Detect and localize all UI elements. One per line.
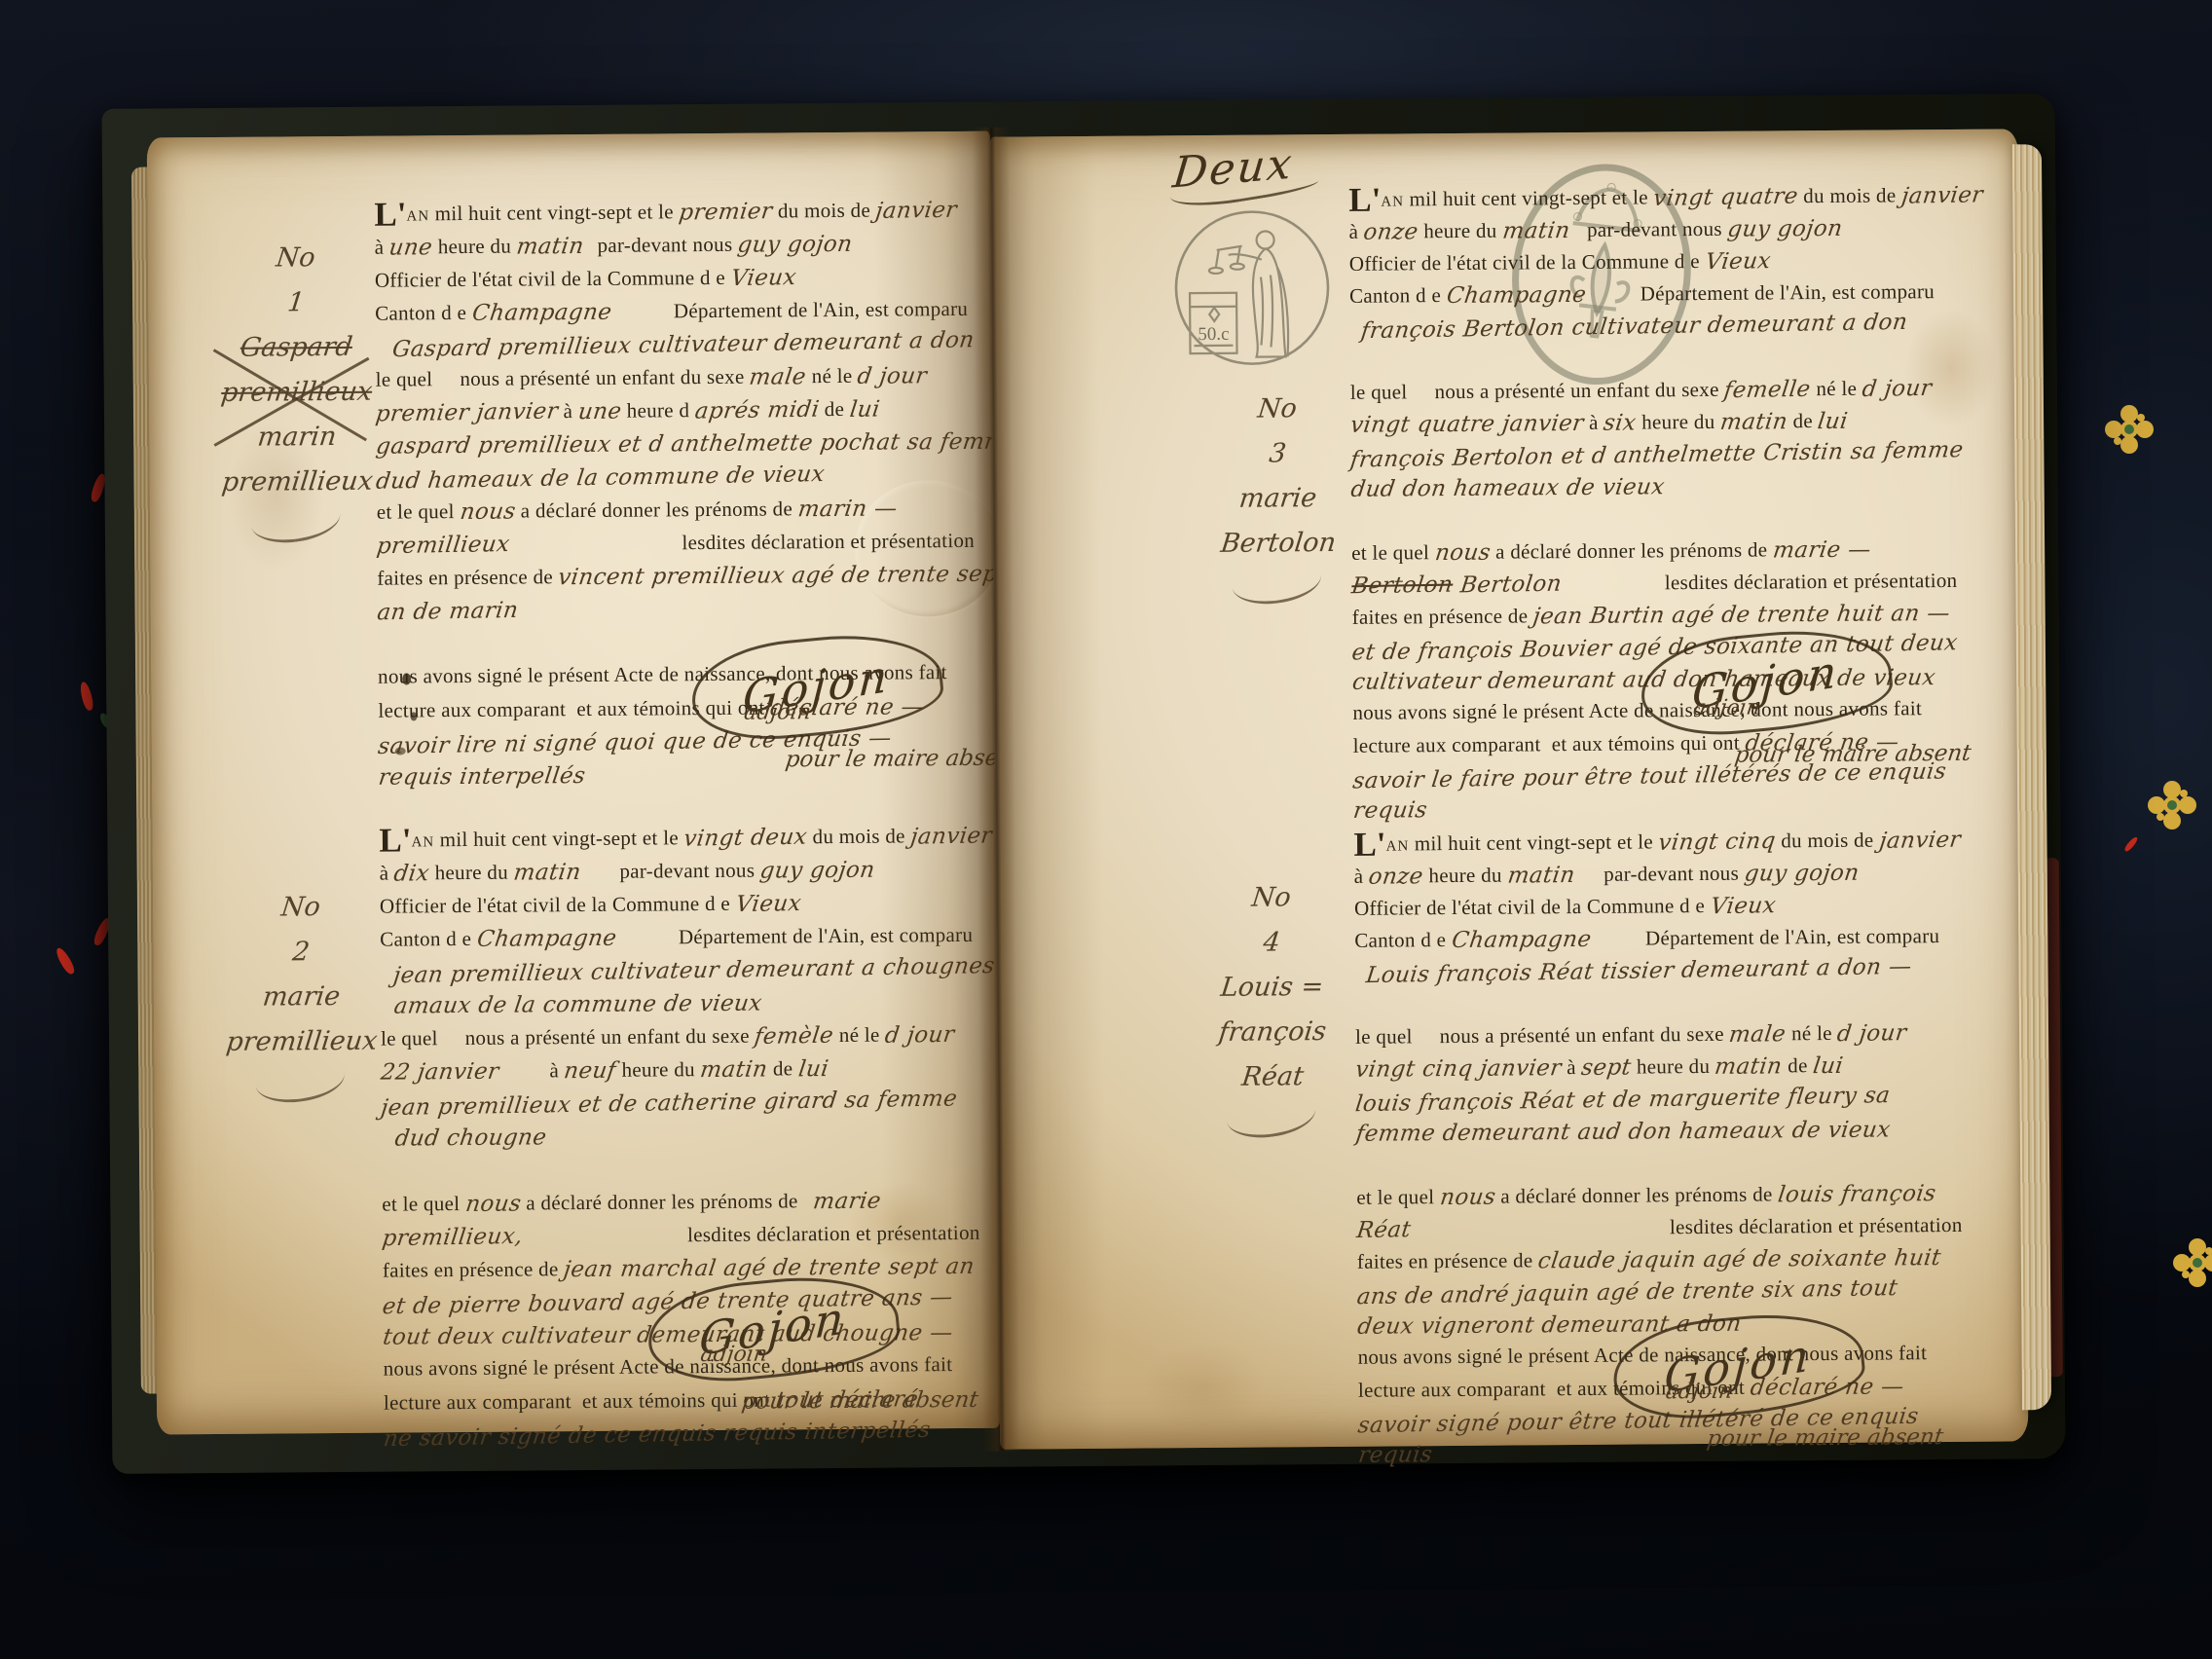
act-line: Officier de l'état civil de la Commune d… bbox=[375, 263, 973, 301]
printed-text: an bbox=[406, 202, 429, 225]
printed-text: heure d bbox=[621, 398, 695, 423]
handwritten-text: premillieux, bbox=[381, 1224, 524, 1251]
embroidered-red-sprig-icon bbox=[54, 946, 77, 977]
act-line: et le quel nous a déclaré donner les pré… bbox=[1356, 1180, 1962, 1217]
printed-text: Canton d e bbox=[375, 301, 472, 325]
signature-oval: Gojon bbox=[644, 1268, 903, 1388]
folio-marker: Deux bbox=[1169, 137, 1322, 207]
act-line: et le quel nous a déclaré donner les pré… bbox=[377, 495, 975, 533]
act-line: et le quel nous a déclaré donner les pré… bbox=[382, 1187, 979, 1225]
handwritten-text: jean premillieux cultivateur demeurant a… bbox=[392, 953, 997, 988]
handwritten-text: ans de andré jaquin agé de trente six an… bbox=[1355, 1275, 1899, 1309]
act-line: an de marin bbox=[377, 594, 975, 632]
embroidered-flower-icon bbox=[2120, 421, 2138, 438]
photograph-of-register: No1Gaspardpremillieuxmarinpremillieux L'… bbox=[0, 0, 2212, 1659]
handwritten-text: dud don hameaux de vieux bbox=[1349, 474, 1666, 502]
handwritten-text: Vieux bbox=[1709, 893, 1777, 919]
handwritten-text: lui bbox=[1817, 409, 1850, 434]
signature-role: adjoin bbox=[1664, 1380, 1734, 1405]
act-line: nous avons signé le présent Acte de nais… bbox=[378, 660, 976, 698]
handwritten-text: louis françois bbox=[1776, 1181, 1936, 1207]
handwritten-text: male bbox=[1728, 1021, 1788, 1048]
right-page: Deux 50.c bbox=[990, 129, 2029, 1449]
act-line bbox=[1349, 343, 1955, 380]
printed-text: du mois de bbox=[807, 824, 910, 848]
handwritten-text: Vieux bbox=[734, 891, 802, 917]
printed-text: par-devant nous bbox=[1604, 862, 1745, 886]
printed-text: Département de l'Ain, est comparu bbox=[679, 923, 974, 948]
margin-note-line: No bbox=[208, 242, 381, 288]
act-line: dud don hameaux de vieux bbox=[1351, 471, 1957, 508]
margin-note-line: 1 bbox=[209, 287, 382, 333]
margin-note-line: Gaspard bbox=[209, 332, 382, 378]
act-text: L'an mil huit cent vingt-sept et le prem… bbox=[374, 197, 977, 797]
act-line: Canton d e ChampagneDépartement de l'Ain… bbox=[375, 296, 973, 334]
handwritten-text: jean marchal agé de trente sept an bbox=[562, 1254, 976, 1282]
printed-text: heure du bbox=[1419, 219, 1503, 243]
handwritten-text: Champagne bbox=[470, 300, 613, 326]
signature-oval: Gojon bbox=[1637, 621, 1896, 742]
printed-text: heure du bbox=[1423, 864, 1508, 888]
handwritten-text: nous bbox=[1438, 1185, 1496, 1210]
handwritten-text: sept bbox=[1580, 1055, 1633, 1081]
birth-act-1: No1Gaspardpremillieuxmarinpremillieux L'… bbox=[374, 197, 977, 797]
printed-text: né le bbox=[1786, 1021, 1837, 1045]
printed-text: Officier de l'état civil de la Commune d… bbox=[1354, 894, 1711, 920]
handwritten-text: vingt cinq janvier bbox=[1354, 1055, 1564, 1083]
printed-text: nous a présenté un enfant du sexe bbox=[1440, 1022, 1730, 1048]
registry-book: No1Gaspardpremillieuxmarinpremillieux L'… bbox=[102, 93, 2066, 1474]
act-line: jean premillieux cultivateur demeurant a… bbox=[380, 955, 977, 993]
act-line: amaux de la commune de vieux bbox=[381, 988, 978, 1026]
signature-block: Gojon adjoin pour le maire absent bbox=[1641, 632, 1992, 810]
printed-text: à bbox=[1562, 1055, 1582, 1079]
printed-text: à bbox=[558, 399, 578, 423]
act-line: premillieuxlesdites déclaration et prése… bbox=[377, 528, 975, 566]
signature-note: pour le maire absent bbox=[740, 1387, 979, 1415]
handwritten-text: lui bbox=[848, 396, 881, 423]
handwritten-text: Gaspard premillieux cultivateur demeuran… bbox=[391, 327, 977, 362]
act-line: savoir lire ni signé quoi que de ce enqu… bbox=[379, 726, 977, 764]
margin-note-line: No bbox=[1184, 882, 1356, 928]
signature-oval: Gojon bbox=[1609, 1306, 1868, 1426]
signature-note: pour le maire absent bbox=[1733, 741, 1972, 768]
embroidered-flower-icon bbox=[2189, 1254, 2206, 1272]
printed-text: L' bbox=[1353, 826, 1385, 864]
signature-role: adjoin bbox=[743, 700, 813, 725]
act-line: le quelnous a présenté un enfant du sexe… bbox=[376, 362, 974, 400]
printed-text: lesdites déclaration et présentation bbox=[1665, 569, 1958, 594]
paper-stain bbox=[1116, 1322, 1292, 1450]
handwritten-text: vingt quatre bbox=[1652, 184, 1800, 211]
birth-act-4: No4Louis =françoisRéat L'an mil huit cen… bbox=[1353, 827, 1964, 1474]
handwritten-text: marie — bbox=[1771, 537, 1872, 564]
printed-text: Département de l'Ain, est comparu bbox=[1645, 924, 1940, 949]
revenue-stamp-value: 50.c bbox=[1198, 324, 1229, 345]
margin-note-line: marin bbox=[210, 422, 383, 467]
printed-text: à bbox=[1583, 411, 1604, 434]
handwritten-text: une bbox=[576, 399, 623, 425]
printed-text: et le quel bbox=[1351, 540, 1435, 565]
printed-text: du mois de bbox=[1798, 183, 1901, 207]
act-line: premillieux,lesdites déclaration et prés… bbox=[383, 1220, 980, 1258]
margin-note-line: 4 bbox=[1185, 927, 1357, 973]
handwritten-text: nous bbox=[463, 1192, 522, 1217]
printed-text: le quel bbox=[1350, 380, 1408, 403]
handwritten-text: lui bbox=[796, 1056, 829, 1082]
handwritten-text: femelle bbox=[1723, 377, 1813, 403]
handwritten-text: six bbox=[1603, 411, 1639, 436]
act-line: dud hameaux de la commune de vieux bbox=[376, 461, 974, 499]
handwritten-text: d jour bbox=[1861, 376, 1934, 402]
act-line: le quelnous a présenté un enfant du sexe… bbox=[1350, 375, 1956, 412]
margin-note-line: premillieux bbox=[214, 1026, 387, 1072]
handwritten-text: marie bbox=[811, 1189, 882, 1215]
handwritten-text: Champagne bbox=[475, 926, 618, 952]
handwritten-text: dud chougne bbox=[393, 1124, 548, 1151]
handwritten-text: claude jaquin agé de soixante huit bbox=[1536, 1245, 1942, 1273]
margin-note-line: premillieux bbox=[209, 377, 382, 423]
revenue-stamp-icon: 50.c bbox=[1167, 199, 1336, 377]
handwritten-text: onze bbox=[1367, 864, 1424, 889]
margin-note-line: No bbox=[213, 892, 386, 938]
printed-text: heure du bbox=[616, 1057, 701, 1082]
handwritten-text: gaspard premillieux et d anthelmette poc… bbox=[375, 428, 1021, 459]
act-line: L'an mil huit cent vingt-sept et le ving… bbox=[1348, 182, 1954, 219]
handwritten-text: neuf bbox=[563, 1058, 618, 1084]
printed-text: et le quel bbox=[1356, 1185, 1440, 1209]
handwritten-text: aprés midi bbox=[693, 397, 821, 424]
handwritten-text: lui bbox=[1811, 1053, 1844, 1079]
handwritten-text: premier janvier bbox=[374, 398, 559, 426]
printed-text: L' bbox=[1348, 181, 1381, 219]
printed-text: Officier de l'état civil de la Commune d… bbox=[1349, 249, 1706, 276]
act-line: L'an mil huit cent vingt-sept et le prem… bbox=[374, 197, 972, 235]
printed-text: et le quel bbox=[377, 499, 461, 524]
printed-text: faites en présence de bbox=[377, 565, 558, 589]
handwritten-text: guy gojon bbox=[1743, 861, 1861, 887]
printed-text: par-devant nous bbox=[1587, 217, 1728, 241]
act-line: faites en présence de vincent premillieu… bbox=[377, 561, 975, 599]
act-line: louis françois Réat et de marguerite fle… bbox=[1355, 1084, 1961, 1121]
signature-oval: Gojon bbox=[687, 626, 946, 747]
printed-text: du mois de bbox=[1776, 829, 1879, 853]
printed-text: mil huit cent vingt-sept et le bbox=[1404, 185, 1653, 210]
handwritten-text: françois Bertolon cultivateur demeurant … bbox=[1359, 310, 1908, 344]
handwritten-text: dud hameaux de la commune de vieux bbox=[375, 461, 827, 495]
printed-text: Département de l'Ain, est comparu bbox=[674, 297, 969, 322]
margin-note-line: françois bbox=[1185, 1016, 1357, 1062]
printed-text: heure du bbox=[1631, 1054, 1715, 1079]
left-page: No1Gaspardpremillieuxmarinpremillieux L'… bbox=[147, 131, 1000, 1435]
margin-note-line: No bbox=[1190, 393, 1362, 439]
handwritten-text: vingt deux bbox=[682, 825, 809, 852]
handwritten-text: matin bbox=[1506, 863, 1576, 889]
act-line: et le quel nous a déclaré donner les pré… bbox=[1351, 535, 1957, 572]
handwritten-text: janvier bbox=[1899, 182, 1984, 208]
handwritten-text: guy gojon bbox=[1726, 216, 1844, 242]
margin-note-line: Louis = bbox=[1185, 972, 1357, 1017]
handwritten-text: vingt quatre janvier bbox=[1348, 411, 1585, 438]
handwritten-text: marin — bbox=[796, 496, 899, 522]
handwritten-text: male bbox=[748, 364, 808, 389]
printed-text: Canton d e bbox=[380, 927, 477, 951]
act-line: à dix heure du matinpar-devant nous guy … bbox=[380, 856, 977, 894]
printed-text: nous a présenté un enfant du sexe bbox=[465, 1024, 756, 1050]
printed-text: Département de l'Ain, est comparu bbox=[1641, 279, 1935, 305]
handwritten-text: matin bbox=[699, 1057, 769, 1084]
printed-text: de bbox=[1783, 1053, 1814, 1077]
handwritten-text: premillieux bbox=[375, 532, 511, 559]
handwritten-text: requis interpellés bbox=[377, 763, 587, 791]
handwritten-text: dix bbox=[392, 861, 431, 886]
act-line: Bertolon Bertolonlesdites déclaration et… bbox=[1351, 568, 1957, 605]
printed-text: et le quel bbox=[382, 1192, 465, 1216]
printed-text: Officier de l'état civil de la Commune d… bbox=[380, 892, 736, 918]
handwritten-text: Bertolon bbox=[1350, 572, 1455, 600]
margin-notes: No1Gaspardpremillieuxmarinpremillieux bbox=[211, 242, 381, 542]
handwritten-text: Champagne bbox=[1445, 282, 1588, 309]
handwritten-text: jean premillieux et de catherine girard … bbox=[380, 1086, 959, 1121]
act-line: Officier de l'état civil de la Commune d… bbox=[1349, 246, 1955, 283]
act-line: Officier de l'état civil de la Commune d… bbox=[1354, 891, 1960, 928]
margin-notes: No4Louis =françoisRéat bbox=[1187, 882, 1356, 1137]
handwritten-text: onze bbox=[1362, 219, 1419, 244]
act-line: le quelnous a présenté un enfant du sexe… bbox=[1355, 1019, 1961, 1056]
act-line: jean premillieux et de catherine girard … bbox=[381, 1088, 978, 1125]
printed-text: par-devant nous bbox=[597, 233, 738, 257]
printed-text: faites en présence de bbox=[1352, 604, 1533, 628]
margin-note-line: 2 bbox=[214, 937, 387, 982]
printed-text: nous a présenté un enfant du sexe bbox=[460, 365, 750, 390]
act-line: à onze heure du matinpar-devant nous guy… bbox=[1354, 859, 1960, 896]
margin-notes: No2mariepremillieux bbox=[216, 892, 386, 1102]
printed-text: né le bbox=[1811, 377, 1862, 400]
printed-text: an bbox=[1385, 831, 1409, 855]
act-line: françois Bertolon cultivateur demeurant … bbox=[1349, 311, 1955, 348]
signature-role: adjoin bbox=[1692, 696, 1762, 721]
handwritten-text: femme demeurant aud don hameaux de vieux bbox=[1354, 1117, 1892, 1146]
handwritten-text: matin bbox=[1714, 1053, 1784, 1080]
printed-text: du mois de bbox=[772, 199, 875, 223]
printed-text: faites en présence de bbox=[383, 1257, 564, 1281]
printed-text: mil huit cent vingt-sept et le bbox=[434, 826, 683, 851]
handwritten-text: jean Burtin agé de trente huit an — bbox=[1531, 601, 1952, 629]
act-line bbox=[1351, 503, 1957, 540]
printed-text: le quel bbox=[376, 367, 433, 390]
margin-note-line: premillieux bbox=[210, 466, 383, 512]
printed-text: de bbox=[767, 1056, 798, 1080]
handwritten-text: françois Bertolon et d anthelmette Crist… bbox=[1348, 437, 1965, 472]
handwritten-text: janvier bbox=[874, 198, 959, 224]
act-line bbox=[382, 1154, 979, 1192]
handwritten-text: Bertolon bbox=[1452, 571, 1564, 599]
printed-text: Canton d e bbox=[1354, 928, 1452, 952]
printed-text: le quel bbox=[381, 1026, 438, 1050]
printed-text: heure du bbox=[432, 235, 517, 259]
printed-text: an bbox=[1381, 187, 1404, 210]
act-line bbox=[378, 627, 976, 665]
printed-text: heure du bbox=[1637, 410, 1721, 434]
act-line: premier janvier à une heure d aprés midi… bbox=[376, 395, 974, 433]
signature-block: Gojon adjoin pour le maire absent bbox=[647, 1278, 999, 1456]
act-line: ans de andré jaquin agé de trente six an… bbox=[1357, 1276, 1963, 1313]
birth-act-2: No2mariepremillieux L'an mil huit cent v… bbox=[379, 823, 981, 1456]
act-line: à onze heure du matinpar-devant nous guy… bbox=[1348, 214, 1954, 251]
signature-note: pour le maire absent bbox=[1706, 1424, 1945, 1452]
spacer bbox=[616, 943, 679, 944]
act-line: françois Bertolon et d anthelmette Crist… bbox=[1350, 439, 1956, 476]
act-line bbox=[1356, 1148, 1962, 1185]
signature-role: adjoin bbox=[699, 1343, 769, 1368]
handwritten-text: d jour bbox=[856, 363, 929, 389]
handwritten-text: requis bbox=[1352, 797, 1429, 824]
printed-text: mil huit cent vingt-sept et le bbox=[1409, 829, 1658, 855]
act-line: Réatlesdites déclaration et présentation bbox=[1357, 1212, 1963, 1249]
handwritten-text: matin bbox=[1718, 409, 1788, 435]
printed-text: a déclaré donner les prénoms de bbox=[1490, 537, 1773, 563]
margin-notes: No3marieBertolon bbox=[1193, 393, 1362, 604]
handwritten-text: premier bbox=[678, 199, 774, 226]
handwritten-text: d jour bbox=[883, 1022, 956, 1049]
printed-text: de bbox=[1788, 409, 1819, 432]
printed-text: né le bbox=[806, 364, 858, 387]
handwritten-text: guy gojon bbox=[758, 858, 876, 884]
printed-text: Officier de l'état civil de la Commune d… bbox=[375, 266, 731, 292]
handwritten-text: d jour bbox=[1836, 1020, 1909, 1047]
printed-text: lesdites déclaration et présentation bbox=[682, 529, 975, 554]
act-line: L'an mil huit cent vingt-sept et le ving… bbox=[1353, 827, 1959, 864]
act-line: gaspard premillieux et d anthelmette poc… bbox=[376, 428, 974, 466]
act-line: lecture aux comparant et aux témoins qui… bbox=[378, 693, 976, 731]
act-line: 22 janvierà neuf heure du matin de lui bbox=[381, 1054, 978, 1092]
handwritten-text: Vieux bbox=[729, 265, 797, 291]
act-line: Gaspard premillieux cultivateur demeuran… bbox=[375, 329, 973, 367]
act-line: à une heure du matinpar-devant nous guy … bbox=[375, 230, 973, 268]
act-line: Officier de l'état civil de la Commune d… bbox=[380, 889, 977, 927]
margin-note-line: 3 bbox=[1191, 438, 1363, 484]
handwritten-text: requis bbox=[1357, 1442, 1434, 1468]
printed-text: par-devant nous bbox=[619, 859, 760, 883]
handwritten-text: nous bbox=[459, 499, 517, 525]
embroidered-red-sprig-icon bbox=[2123, 835, 2139, 853]
margin-note-line: Bertolon bbox=[1191, 528, 1363, 573]
printed-text: le quel bbox=[1355, 1024, 1413, 1048]
handwritten-text: 22 janvier bbox=[380, 1059, 501, 1086]
printed-text: an bbox=[411, 828, 434, 851]
printed-text: nous a présenté un enfant du sexe bbox=[1434, 378, 1724, 403]
act-line: dud chougne bbox=[382, 1121, 979, 1159]
printed-text: mil huit cent vingt-sept et le bbox=[429, 200, 679, 225]
printed-text: faites en présence de bbox=[1357, 1248, 1538, 1272]
printed-text: lesdites déclaration et présentation bbox=[1670, 1213, 1963, 1238]
printed-text: heure du bbox=[429, 861, 514, 885]
handwritten-text: an de marin bbox=[376, 598, 520, 625]
handwritten-text: Champagne bbox=[1450, 927, 1593, 953]
printed-text: Canton d e bbox=[1349, 283, 1447, 308]
printed-text: a déclaré donner les prénoms de bbox=[1495, 1182, 1779, 1207]
act-line bbox=[1355, 987, 1961, 1024]
signature-block: Gojon adjoin pour le maire absent bbox=[1612, 1315, 1964, 1493]
spacer bbox=[611, 317, 674, 318]
margin-note-line: marie bbox=[1191, 483, 1363, 529]
printed-text: a déclaré donner les prénoms de bbox=[515, 497, 798, 522]
act-line: Canton d e ChampagneDépartement de l'Ain… bbox=[380, 922, 977, 960]
handwritten-text: matin bbox=[515, 234, 585, 260]
handwritten-text: Réat bbox=[1355, 1217, 1413, 1243]
handwritten-text: Vieux bbox=[1704, 248, 1772, 275]
handwritten-text: janvier bbox=[1877, 828, 1962, 854]
handwritten-text: louis françois Réat et de marguerite fle… bbox=[1354, 1083, 1892, 1117]
handwritten-text: Louis françois Réat tissier demeurant a … bbox=[1365, 954, 1914, 988]
printed-text: L' bbox=[374, 195, 406, 233]
printed-text: lesdites déclaration et présentation bbox=[687, 1221, 980, 1246]
handwritten-text: nous bbox=[1433, 540, 1492, 566]
act-line: le quelnous a présenté un enfant du sexe… bbox=[381, 1021, 978, 1059]
handwritten-text: guy gojon bbox=[736, 232, 854, 258]
margin-note-line: Réat bbox=[1186, 1061, 1358, 1107]
act-line: L'an mil huit cent vingt-sept et le ving… bbox=[379, 823, 977, 861]
embroidered-red-sprig-icon bbox=[79, 681, 95, 712]
handwritten-text: une bbox=[387, 235, 434, 260]
handwritten-text: vingt cinq bbox=[1657, 829, 1778, 856]
handwritten-text: femèle bbox=[754, 1023, 835, 1050]
embroidered-flower-icon bbox=[2163, 796, 2181, 814]
printed-text: L' bbox=[379, 821, 411, 859]
handwritten-text: matin bbox=[512, 860, 582, 886]
birth-act-3: No3marieBertolon L'an mil huit cent ving… bbox=[1348, 182, 1959, 829]
printed-text: a déclaré donner les prénoms de bbox=[521, 1189, 804, 1214]
act-line: Louis françois Réat tissier demeurant a … bbox=[1354, 955, 1960, 992]
printed-text: de bbox=[819, 397, 850, 421]
margin-note-line: marie bbox=[214, 981, 387, 1027]
printed-text: né le bbox=[833, 1023, 885, 1047]
handwritten-text: amaux de la commune de vieux bbox=[392, 991, 763, 1019]
handwritten-text: matin bbox=[1500, 218, 1570, 244]
act-line: requis interpellés bbox=[379, 759, 977, 797]
handwritten-text: vincent premillieux agé de trente sep bbox=[557, 562, 999, 591]
act-line: femme demeurant aud don hameaux de vieux bbox=[1356, 1116, 1962, 1153]
